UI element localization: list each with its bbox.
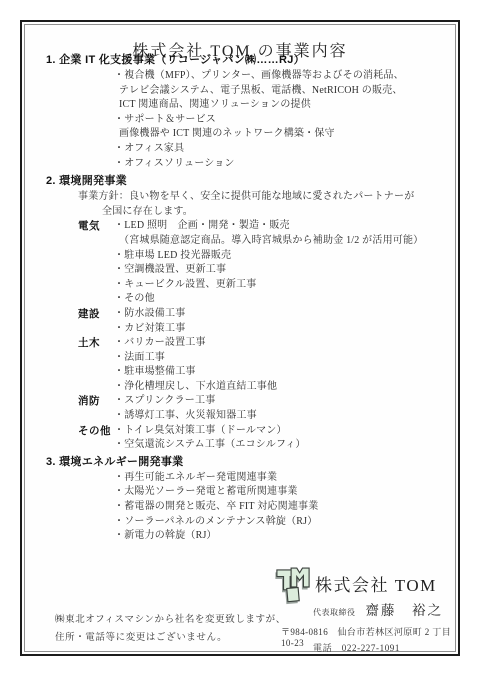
item-text: ・駐車場 LED 投光器販売	[114, 249, 455, 264]
business-item-row: 電気・LED 照明 企画・開発・製造・販売	[25, 219, 455, 234]
item-text: ・法面工事	[114, 351, 455, 366]
section-1-items: ・複合機（MFP）、プリンター、画像機器等およびその消耗品、テレビ会議システム、…	[25, 69, 455, 171]
business-item-row: ・法面工事	[25, 351, 455, 366]
item-text: ・複合機（MFP）、プリンター、画像機器等およびその消耗品、	[114, 69, 455, 84]
business-item-row: ・新電力の斡旋（RJ）	[25, 529, 455, 544]
rename-notice-line-2: 住所・電話等に変更はございません。	[55, 629, 227, 643]
document-content: 1. 企業 IT 化支援事業（リコージャパン㈱……RJ） ・複合機（MFP）、プ…	[25, 25, 455, 544]
item-text: ICT 関連商品、関連ソリューションの提供	[119, 98, 455, 113]
business-item-row: 全国に存在します。	[25, 205, 455, 220]
item-text: ・トイレ臭気対策工事（ドールマン）	[114, 424, 455, 439]
section-2-items: 事業方針：良い物を早く、安全に提供可能な地域に愛されたパートナーが全国に存在しま…	[25, 190, 455, 453]
business-item-row: その他・トイレ臭気対策工事（ドールマン）	[25, 424, 455, 439]
item-text: ・空調機設置、更新工事	[114, 263, 455, 278]
category-label: 建設	[78, 307, 100, 322]
business-item-row: ・ソーラーパネルのメンテナンス斡旋（RJ）	[25, 515, 455, 530]
item-text: 事業方針：良い物を早く、安全に提供可能な地域に愛されたパートナーが	[78, 190, 455, 205]
business-item-row: ICT 関連商品、関連ソリューションの提供	[25, 98, 455, 113]
item-text: ・誘導灯工事、火災報知器工事	[114, 409, 455, 424]
item-text: ・キュービクル設置、更新工事	[114, 278, 455, 293]
business-item-row: 画像機器や ICT 関連のネットワーク構築・保守	[25, 127, 455, 142]
business-item-row: ・浄化槽埋戻し、下水道直結工事他	[25, 380, 455, 395]
document-outer-frame: 株式会社 TOM の事業内容 1. 企業 IT 化支援事業（リコージャパン㈱………	[20, 20, 460, 656]
business-item-row: ・空調機設置、更新工事	[25, 263, 455, 278]
item-text: テレビ会議システム、電子黒板、電話機、NetRICOH の販売、	[119, 84, 455, 99]
business-item-row: ・太陽光ソーラー発電と蓄電所関連事業	[25, 485, 455, 500]
item-text: ・防水設備工事	[114, 307, 455, 322]
business-item-row: ・サポート＆サービス	[25, 113, 455, 128]
tom-company-logo-icon	[275, 566, 311, 608]
business-item-row: ・複合機（MFP）、プリンター、画像機器等およびその消耗品、	[25, 69, 455, 84]
item-text: （宮城県随意認定商品。導入時宮城県から補助金 1/2 が活用可能）	[119, 234, 455, 249]
business-item-row: ・空気還流システム工事（エコシルフィ）	[25, 438, 455, 453]
item-text: ・オフィス家具	[114, 142, 455, 157]
business-item-row: ・駐車場整備工事	[25, 365, 455, 380]
footer-phone: 電話 022-227-1091	[313, 641, 400, 654]
category-label: 消防	[78, 394, 100, 409]
business-item-row: ・再生可能エネルギー発電関連事業	[25, 471, 455, 486]
footer-company-name: 株式会社 TOM	[315, 571, 437, 596]
item-text: ・空気還流システム工事（エコシルフィ）	[114, 438, 455, 453]
business-item-row: 事業方針：良い物を早く、安全に提供可能な地域に愛されたパートナーが	[25, 190, 455, 205]
business-item-row: ・蓄電器の開発と販売、卒 FIT 対応関連事業	[25, 500, 455, 515]
item-text: ・その他	[114, 292, 455, 307]
business-item-row: ・駐車場 LED 投光器販売	[25, 249, 455, 264]
business-item-row: ・オフィス家具	[25, 142, 455, 157]
item-text: 画像機器や ICT 関連のネットワーク構築・保守	[119, 127, 455, 142]
document-inner-frame: 株式会社 TOM の事業内容 1. 企業 IT 化支援事業（リコージャパン㈱………	[24, 24, 456, 652]
business-item-row: 消防・スプリンクラー工事	[25, 394, 455, 409]
section-3-heading: 3. 環境エネルギー開発事業	[46, 456, 455, 469]
section-1-heading: 1. 企業 IT 化支援事業（リコージャパン㈱……RJ）	[46, 54, 455, 67]
business-item-row: ・その他	[25, 292, 455, 307]
item-text: ・サポート＆サービス	[114, 113, 455, 128]
ceo-name: 齋藤 裕之	[366, 603, 444, 618]
business-item-row: ・誘導灯工事、火災報知器工事	[25, 409, 455, 424]
category-label: 土木	[78, 336, 100, 351]
item-text: ・LED 照明 企画・開発・製造・販売	[114, 219, 455, 234]
footer-ceo-row: 代表取締役 齋藤 裕之	[313, 599, 443, 620]
item-text: ・ソーラーパネルのメンテナンス斡旋（RJ）	[114, 515, 455, 530]
item-text: ・浄化槽埋戻し、下水道直結工事他	[114, 380, 455, 395]
item-text: ・太陽光ソーラー発電と蓄電所関連事業	[114, 485, 455, 500]
section-3-items: ・再生可能エネルギー発電関連事業・太陽光ソーラー発電と蓄電所関連事業・蓄電器の開…	[25, 471, 455, 544]
item-text: ・駐車場整備工事	[114, 365, 455, 380]
category-label: その他	[78, 424, 111, 439]
business-item-row: （宮城県随意認定商品。導入時宮城県から補助金 1/2 が活用可能）	[25, 234, 455, 249]
business-item-row: テレビ会議システム、電子黒板、電話機、NetRICOH の販売、	[25, 84, 455, 99]
rename-notice-line-1: ㈱東北オフィスマシンから社名を変更致しますが、	[55, 611, 286, 625]
section-2-heading: 2. 環境開発事業	[46, 175, 455, 188]
ceo-title-label: 代表取締役	[313, 608, 356, 617]
business-item-row: ・カビ対策工事	[25, 322, 455, 337]
business-item-row: ・オフィスソリューション	[25, 157, 455, 172]
category-label: 電気	[78, 219, 100, 234]
business-item-row: ・キュービクル設置、更新工事	[25, 278, 455, 293]
business-item-row: 建設・防水設備工事	[25, 307, 455, 322]
business-item-row: 土木・バリカー設置工事	[25, 336, 455, 351]
item-text: ・バリカー設置工事	[114, 336, 455, 351]
item-text: ・再生可能エネルギー発電関連事業	[114, 471, 455, 486]
item-text: ・オフィスソリューション	[114, 157, 455, 172]
item-text: ・スプリンクラー工事	[114, 394, 455, 409]
item-text: ・カビ対策工事	[114, 322, 455, 337]
item-text: ・蓄電器の開発と販売、卒 FIT 対応関連事業	[114, 500, 455, 515]
item-text: ・新電力の斡旋（RJ）	[114, 529, 455, 544]
item-text: 全国に存在します。	[102, 205, 455, 220]
